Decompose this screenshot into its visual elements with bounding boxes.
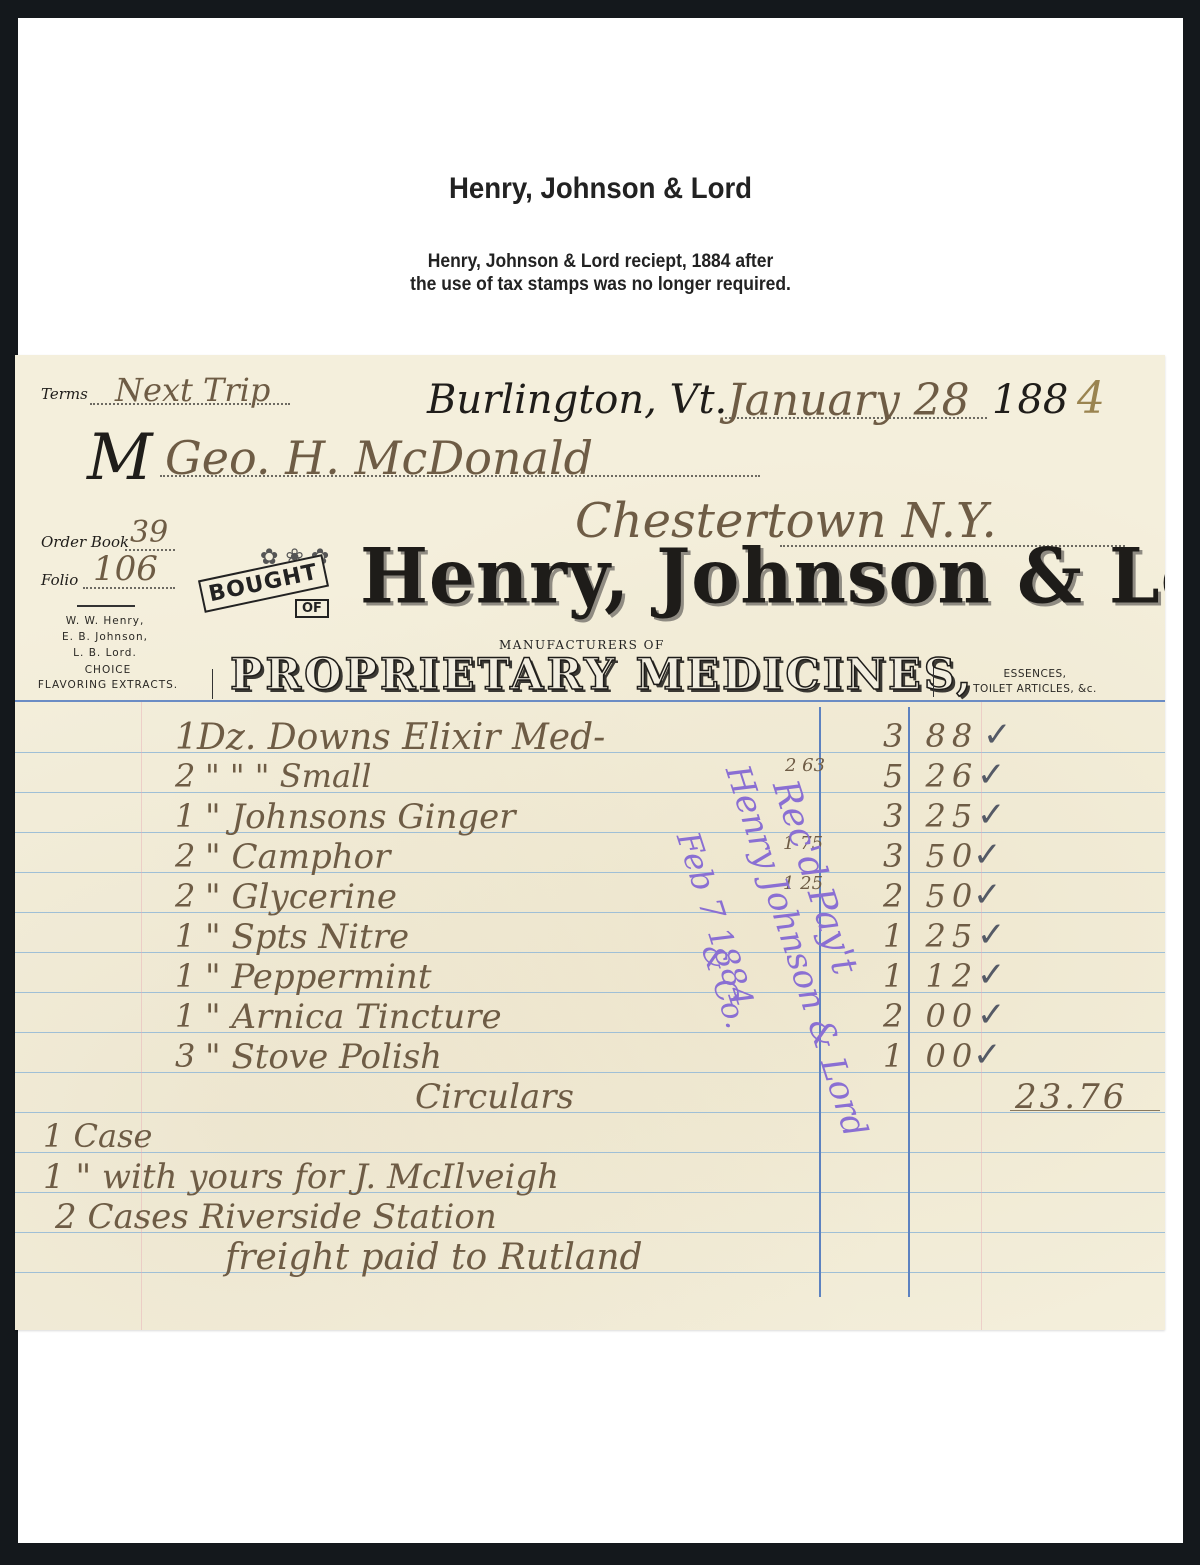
- terms-label: Terms: [41, 385, 88, 403]
- customer-prefix: M: [87, 421, 153, 495]
- ruled-line: [15, 1152, 1165, 1153]
- checkmark-icon: ✓: [977, 755, 1006, 795]
- checkmark-icon: ✓: [977, 955, 1006, 995]
- right-tagline: ESSENCES, TOILET ARTICLES, &c.: [945, 667, 1125, 697]
- item-qty: 1: [175, 957, 195, 995]
- item-qty: 1: [175, 797, 195, 835]
- caption-line-2: the use of tax stamps was no longer requ…: [65, 273, 1137, 296]
- left-tagline: CHOICE FLAVORING EXTRACTS.: [33, 663, 183, 693]
- item-qty: 2: [175, 837, 195, 875]
- checkmark-icon: ✓: [973, 835, 1002, 875]
- item-desc: " Glycerine: [205, 877, 397, 917]
- item-desc: Dz. Downs Elixir Med-: [197, 717, 605, 758]
- checkmark-icon: ✓: [977, 915, 1006, 955]
- item-desc: " Johnsons Ginger: [205, 797, 515, 837]
- year-handwritten: 4: [1077, 373, 1105, 424]
- product-line-heading: PROPRIETARY MEDICINES,: [230, 650, 974, 700]
- ruled-line: [15, 1112, 1165, 1113]
- divider: [212, 669, 213, 699]
- item-amount: 1 25: [883, 917, 978, 955]
- right-tagline-line-2: TOILET ARTICLES, &c.: [945, 682, 1125, 697]
- shipping-note: freight paid to Rutland: [225, 1237, 643, 1278]
- partners-divider: [77, 605, 135, 607]
- firm-name-letterhead: Henry, Johnson & Lord,: [360, 531, 1165, 620]
- total-amount: 23.76: [1015, 1077, 1127, 1117]
- checkmark-icon: ✓: [973, 1035, 1002, 1075]
- order-book-value: 39: [130, 515, 168, 550]
- item-desc: " Peppermint: [205, 957, 432, 997]
- page-caption: Henry, Johnson & Lord reciept, 1884 afte…: [65, 250, 1137, 296]
- checkmark-icon: ✓: [973, 875, 1002, 915]
- year-printed: 188: [992, 377, 1068, 423]
- item-qty: 3: [175, 1037, 195, 1075]
- partners-list: W. W. Henry, E. B. Johnson, L. B. Lord.: [55, 613, 155, 661]
- folio-label: Folio: [41, 571, 78, 589]
- item-desc: " Spts Nitre: [205, 917, 409, 957]
- item-qty: 1: [175, 717, 198, 758]
- item-qty: 2: [175, 877, 195, 915]
- item-qty: 1: [175, 997, 195, 1035]
- partner-johnson: E. B. Johnson,: [55, 629, 155, 645]
- partner-henry: W. W. Henry,: [55, 613, 155, 629]
- item-amount: 2 50: [883, 877, 978, 915]
- item-amount: 1 12: [883, 957, 978, 995]
- checkmark-icon: ✓: [983, 715, 1012, 755]
- item-qty: 1: [175, 917, 195, 955]
- item-amount: 5 26: [883, 757, 978, 795]
- place-printed: Burlington, Vt.: [427, 377, 727, 423]
- circulars-note: Circulars: [415, 1077, 574, 1117]
- item-amount: 2 00: [883, 997, 978, 1035]
- customer-name: Geo. H. McDonald: [165, 431, 593, 485]
- date-handwritten: January 28: [727, 375, 970, 426]
- header-rule: [15, 700, 1165, 702]
- shipping-note: 1 " with yours for J. McIlveigh: [43, 1157, 559, 1197]
- divider: [933, 667, 934, 697]
- checkmark-icon: ✓: [977, 995, 1006, 1035]
- bought-of-emblem: ✿ ❀ ✿ BOUGHT OF: [200, 545, 350, 640]
- left-tagline-line-2: FLAVORING EXTRACTS.: [33, 678, 183, 693]
- item-qty: 2: [175, 757, 195, 795]
- exhibit-page: Henry, Johnson & Lord Henry, Johnson & L…: [18, 18, 1183, 1543]
- partner-lord: L. B. Lord.: [55, 645, 155, 661]
- folio-value: 106: [93, 549, 158, 589]
- item-amount: 1 00: [883, 1037, 978, 1075]
- shipping-note: 1 Case: [43, 1117, 152, 1155]
- caption-line-1: Henry, Johnson & Lord reciept, 1884 afte…: [65, 250, 1137, 273]
- right-tagline-line-1: ESSENCES,: [945, 667, 1125, 682]
- terms-value: Next Trip: [115, 371, 270, 409]
- page-title: Henry, Johnson & Lord: [65, 172, 1137, 206]
- item-desc: " Camphor: [205, 837, 390, 877]
- of-banner: OF: [295, 599, 329, 618]
- left-tagline-line-1: CHOICE: [33, 663, 183, 678]
- item-unit-price: 2 63: [785, 755, 825, 776]
- item-desc: " Arnica Tincture: [205, 997, 502, 1037]
- item-amount: 3 88: [883, 717, 978, 755]
- shipping-note: 2 Cases Riverside Station: [55, 1197, 497, 1237]
- receipt-document: Terms Next Trip Burlington, Vt. January …: [15, 355, 1165, 1330]
- item-amount: 3 50: [883, 837, 978, 875]
- item-amount: 3 25: [883, 797, 978, 835]
- checkmark-icon: ✓: [977, 795, 1006, 835]
- item-desc: " Stove Polish: [205, 1037, 442, 1077]
- item-desc: " " " Small: [205, 757, 371, 795]
